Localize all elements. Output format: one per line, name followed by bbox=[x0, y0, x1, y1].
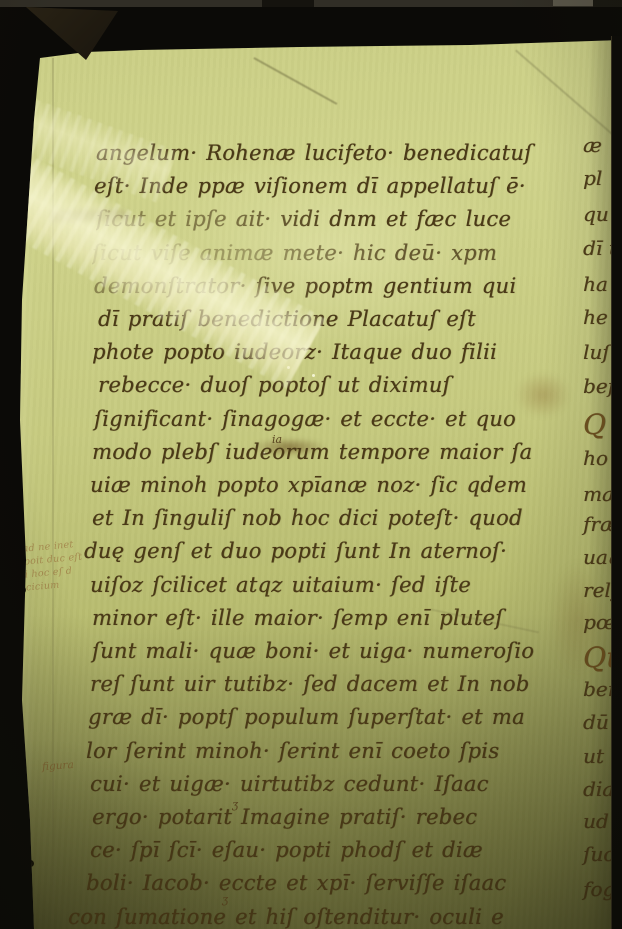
edge-dark-spot bbox=[14, 366, 21, 377]
facing-page-line-fragment: dia bbox=[583, 777, 614, 801]
facing-page-line-fragment: ud bbox=[583, 809, 609, 833]
manuscript-photograph: angelum· Rohenæ lucifeto· benedicatuſeſt… bbox=[0, 0, 622, 929]
right-black-border bbox=[611, 36, 622, 929]
facing-page-line-fragment: ut bbox=[583, 744, 604, 768]
facing-page-line-fragment: pl bbox=[583, 166, 602, 190]
film-edge-dark-segment bbox=[262, 0, 314, 7]
facing-page-line-fragment: he bbox=[583, 305, 608, 329]
edge-dark-spot bbox=[12, 452, 18, 461]
facing-page-line-fragment: Q bbox=[583, 408, 606, 441]
film-edge-strip bbox=[0, 0, 622, 7]
facing-page-line-fragment: ha bbox=[583, 272, 608, 296]
facing-page-line-fragment: dū bbox=[583, 710, 609, 734]
edge-dark-spot bbox=[18, 586, 26, 594]
film-edge-end-segment bbox=[593, 0, 622, 7]
facing-page-line-fragment: ho bbox=[583, 446, 608, 470]
facing-page-line-fragment: qu bbox=[583, 202, 609, 226]
parchment-page: angelum· Rohenæ lucifeto· benedicatuſeſt… bbox=[0, 0, 622, 929]
film-edge-light-segment bbox=[553, 0, 593, 6]
facing-page-line-fragment: luſ bbox=[583, 340, 610, 364]
facing-page-line-fragment: æ bbox=[583, 133, 602, 157]
